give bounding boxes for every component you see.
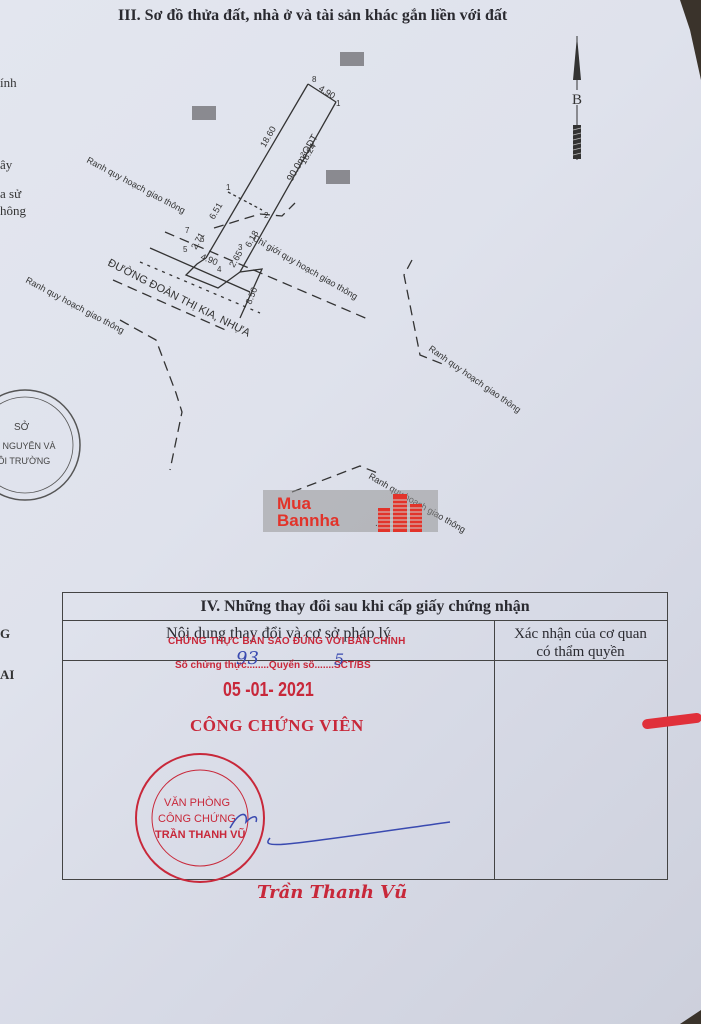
watermark-logo: Mua Bannha .vn [263, 490, 438, 532]
point-label: 1 [226, 183, 231, 192]
point-label: 8 [312, 75, 317, 84]
svg-text:TRẦN THANH VŨ: TRẦN THANH VŨ [155, 828, 245, 841]
certification-date: 05 -01- 2021 [223, 679, 314, 702]
building-icon [378, 492, 422, 532]
svg-text:MÔI TRƯỜNG: MÔI TRƯỜNG [0, 456, 50, 466]
annotation-ranh: Ranh quy hoạch giao thông [85, 155, 187, 216]
notary-seal: VĂN PHÒNG CÔNG CHỨNG TRẦN THANH VŨ [120, 740, 460, 900]
handwritten-number: 93 [236, 648, 259, 669]
certificate-page: III. Sơ đồ thửa đất, nhà ở và tài sản kh… [0, 0, 701, 1024]
svg-text:VĂN PHÒNG: VĂN PHÒNG [164, 796, 230, 809]
dimension-label: 8.50 [244, 286, 260, 306]
svg-text:SỞ: SỞ [14, 420, 30, 433]
svg-text:CÔNG CHỨNG: CÔNG CHỨNG [158, 812, 236, 825]
area-label: 90.0m²ODT [285, 133, 321, 184]
road-name: ĐƯỜNG ĐOÀN THỊ KIA, NHỰA [106, 256, 253, 340]
point-label: 7 [185, 226, 190, 235]
margin-fragment: G [0, 626, 10, 642]
point-label: 5 [183, 245, 188, 254]
annotation-ranh: Ranh quy hoạch giao thông [427, 343, 523, 414]
section-iv-heading: IV. Những thay đổi sau khi cấp giấy chứn… [63, 593, 667, 621]
annotation-chi-gioi: Chỉ giới quy hoạch giao thông [251, 233, 359, 301]
north-arrow-icon: B [571, 36, 583, 160]
point-label: 1 [336, 99, 341, 108]
svg-text:TÀI NGUYÊN VÀ: TÀI NGUYÊN VÀ [0, 441, 56, 451]
dimension-label: 6.51 [207, 201, 224, 221]
dimension-label: 18.60 [258, 124, 278, 149]
annotation-ranh: Ranh quy hoạch giao thông [24, 275, 126, 336]
seal-left: SỞ TÀI NGUYÊN VÀ MÔI TRƯỜNG [0, 390, 80, 500]
margin-fragment: AI [0, 667, 14, 683]
notary-name: Trần Thanh Vũ [257, 882, 407, 903]
handwritten-book: 5 [334, 650, 344, 669]
column-header-confirmation: Xác nhận của cơ quan có thẩm quyền [494, 625, 667, 661]
north-label: B [572, 92, 582, 108]
point-label: 4 [217, 265, 222, 274]
certification-stamp-line: CHỨNG THỰC BẢN SAO ĐÚNG VỚI BẢN CHÍNH [168, 636, 406, 647]
point-label: 2 [264, 211, 269, 220]
dimension-label: 4.90 [317, 83, 337, 101]
notary-title: CÔNG CHỨNG VIÊN [190, 716, 364, 736]
